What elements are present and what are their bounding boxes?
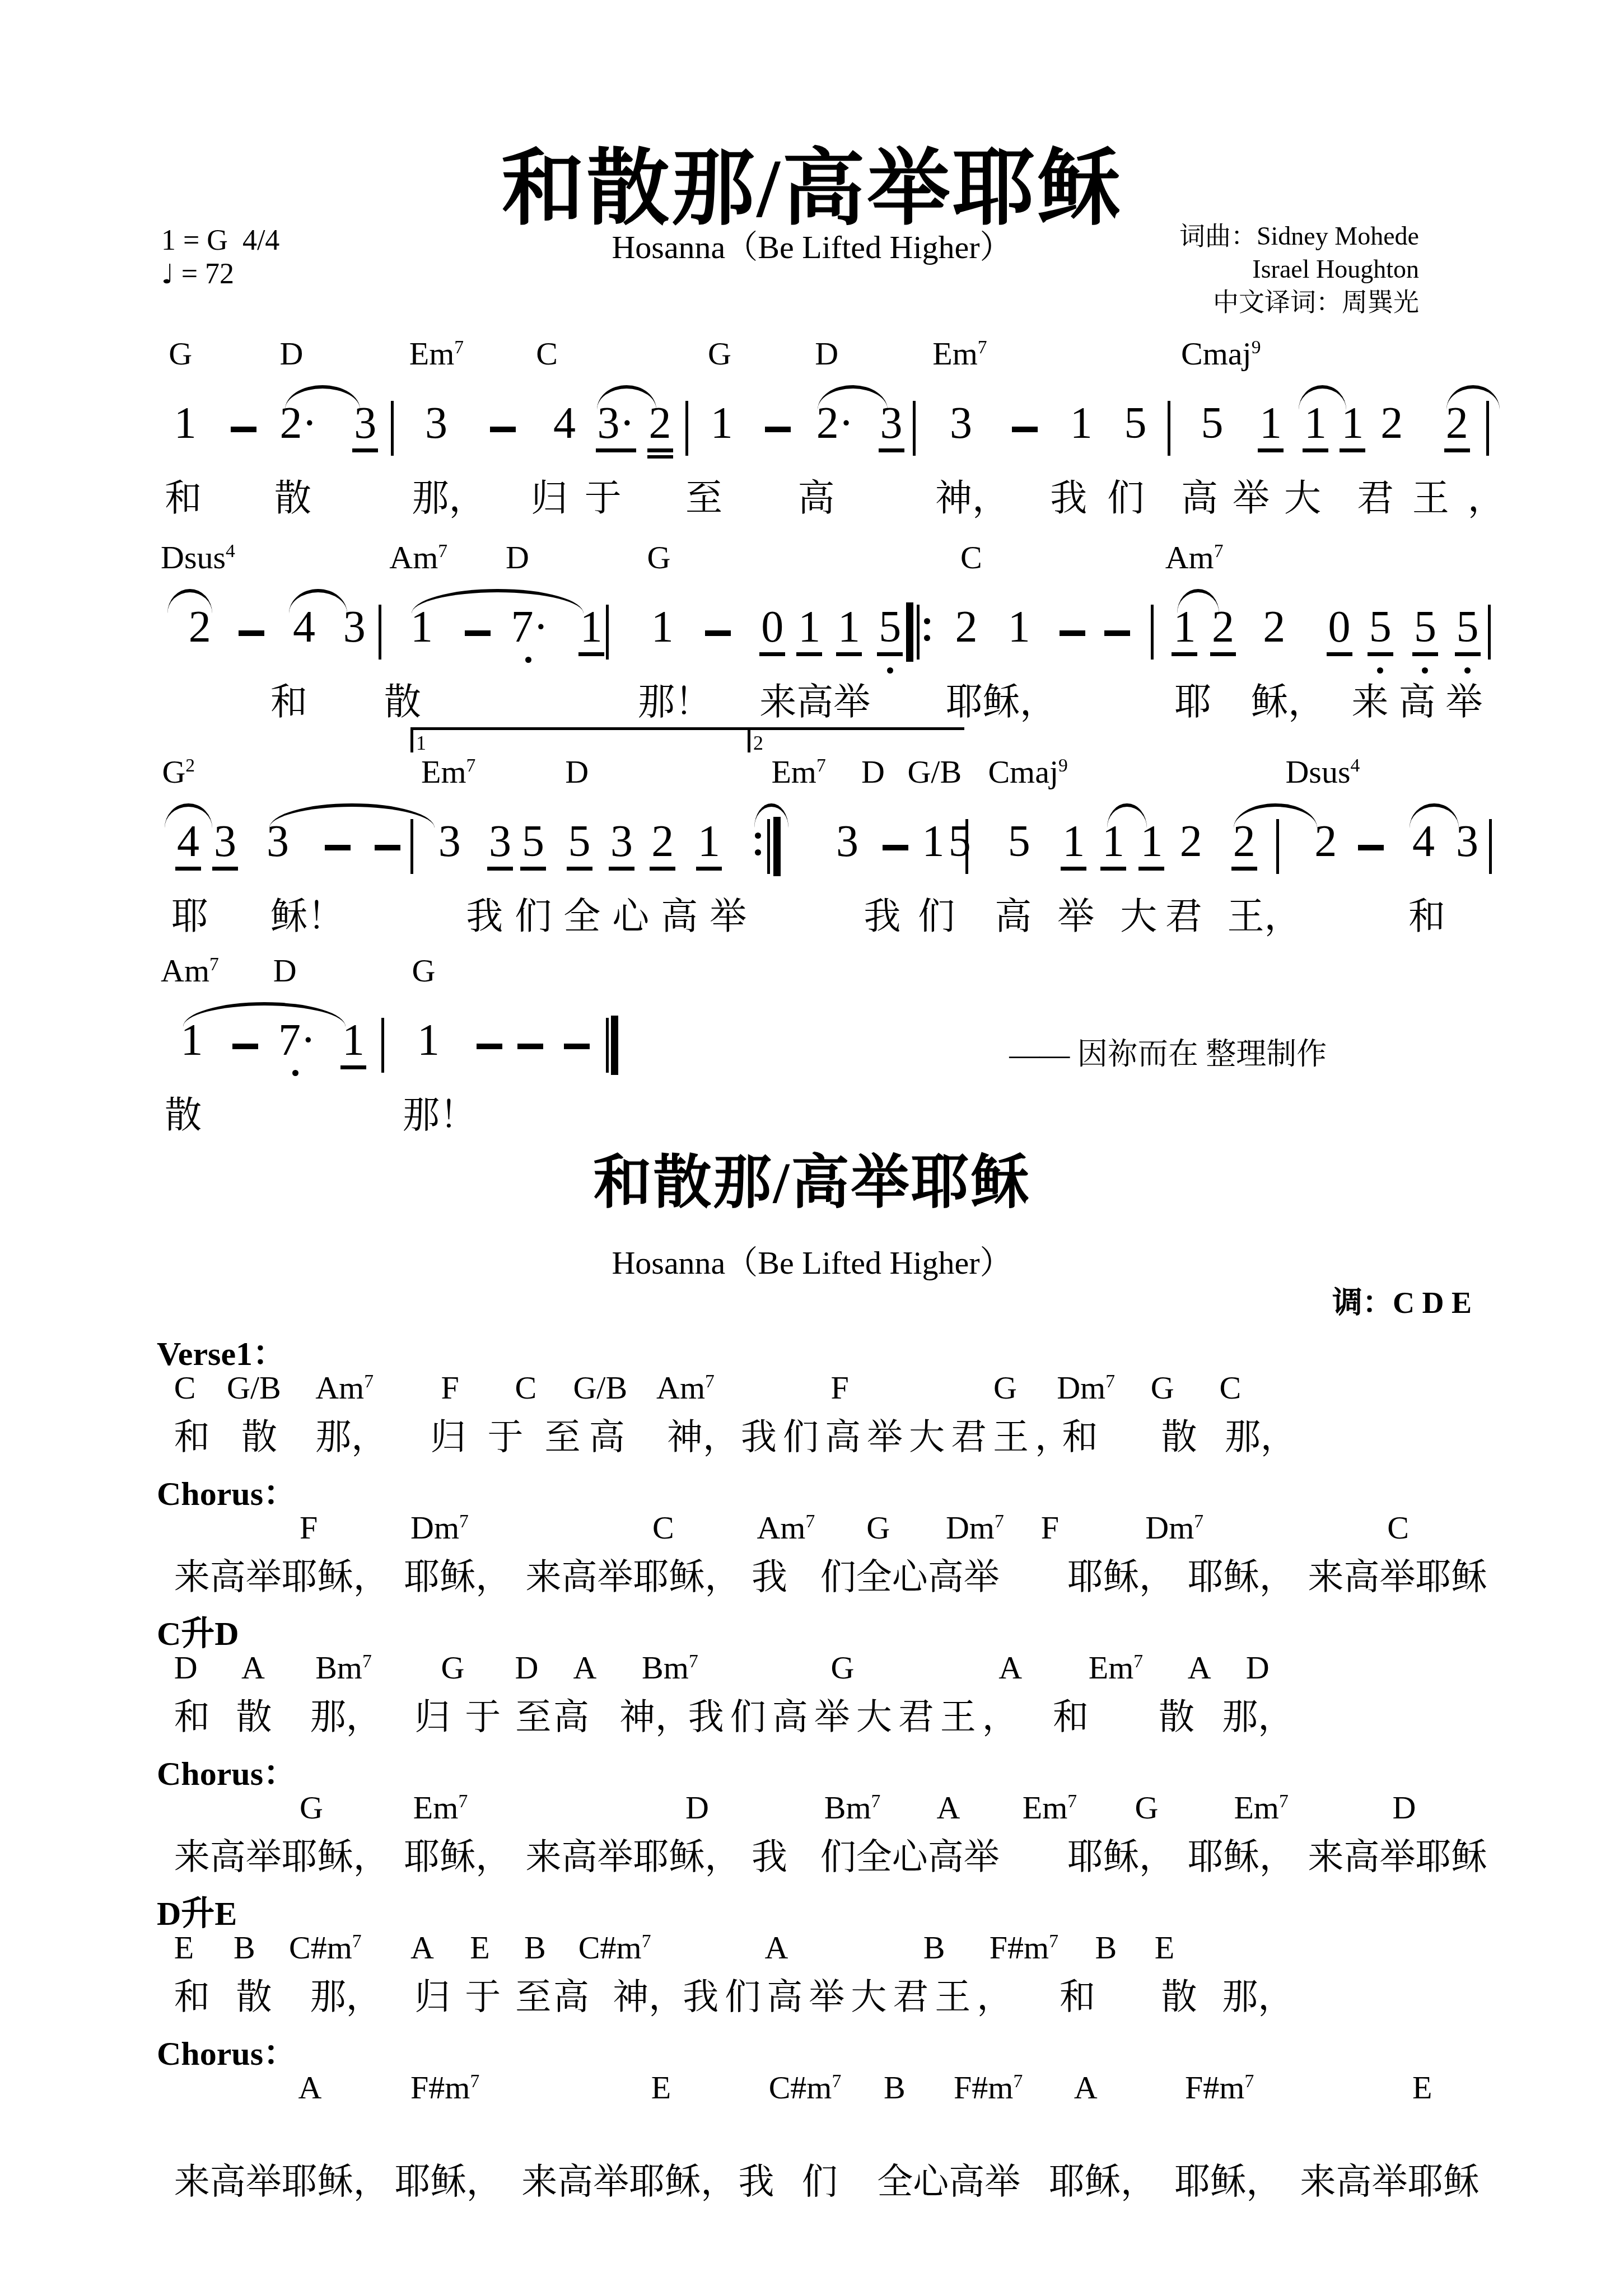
barline	[1276, 819, 1279, 874]
dash-token	[231, 427, 256, 432]
chord-label: Dm7	[1145, 1509, 1203, 1546]
note-token: 3	[267, 819, 289, 864]
lyric-syllable: 耶稣，	[404, 1828, 511, 1879]
chord-label: Em7	[413, 1789, 468, 1826]
note-token: 5	[567, 819, 592, 871]
lyric-syllable: 高	[798, 468, 835, 521]
tie-arc	[183, 1002, 346, 1027]
note-token: 2·	[279, 401, 317, 446]
lyric-syllable: 耶稣，	[1049, 2153, 1156, 2204]
lyric-syllable: 稣！	[270, 886, 344, 939]
chord-label: D	[1393, 1789, 1416, 1826]
lyric-syllable: 君	[1165, 886, 1202, 939]
chord-label: G2	[162, 753, 195, 791]
note-token: 1	[1138, 819, 1164, 871]
tie-arc	[412, 589, 584, 614]
notes-row: 17·11—— 因祢而在 整理制作	[157, 1018, 1478, 1091]
note-token: 4	[293, 605, 315, 649]
note-token: 3	[879, 401, 904, 452]
note-token: 1	[796, 605, 822, 656]
chord-label: Am7	[757, 1509, 815, 1546]
chord-label: Bm7	[642, 1649, 698, 1686]
barline	[606, 605, 609, 660]
transpose-keys-label: 调：C D E	[1332, 1279, 1472, 1322]
lyric-syllable: 来高举耶稣	[1300, 2153, 1479, 2204]
chord-label: A	[410, 1929, 434, 1966]
note-token: 2	[1444, 401, 1470, 452]
lyric-syllable: 归于至	[431, 1408, 602, 1460]
chord-label: A	[998, 1649, 1022, 1686]
note-token: 1	[711, 401, 733, 446]
lyric-syllable: 那，	[1222, 1968, 1294, 2019]
note-token: 1	[340, 1018, 366, 1069]
chord-label: A	[573, 1649, 596, 1686]
lyric-syllable: 和	[1408, 886, 1445, 939]
repeat-end-barline	[767, 819, 770, 874]
chord-label: G	[647, 539, 671, 576]
chord-label: C	[515, 1369, 537, 1406]
volta-bracket: 1	[410, 727, 749, 752]
barline	[1488, 605, 1491, 660]
lyric-syllable: 那！	[403, 1085, 477, 1138]
lyric-syllable: 来高举耶稣，	[525, 1828, 740, 1879]
chord-label: A	[765, 1929, 788, 1966]
barline	[1168, 401, 1170, 456]
chord-row: AF#m7EC#m7BF#m7AF#m7E	[157, 2069, 1478, 2119]
chord-label: B	[884, 2069, 906, 2106]
lyric-syllable: 和	[270, 672, 307, 725]
dash-token	[325, 845, 351, 850]
lyric-syllable: 散	[236, 1968, 272, 2019]
chord-label: Am7	[656, 1369, 715, 1406]
barline	[913, 401, 916, 456]
chord-label: F#m7	[410, 2069, 479, 2106]
note-token: 5	[1008, 819, 1030, 864]
note-token: 3	[425, 401, 447, 446]
lyric-syllable: 来高举耶稣	[1308, 1548, 1487, 1600]
chord-label: D	[1246, 1649, 1270, 1686]
dash-token	[465, 630, 491, 636]
chord-label: F	[441, 1369, 459, 1406]
chord-label: C	[536, 335, 558, 372]
note-token: 1	[1172, 605, 1197, 656]
lyrics-row: 和散那，归于至高神，我们高举大君王，和散那，	[157, 1968, 1478, 2018]
dash-token	[232, 1044, 258, 1049]
lyric-syllable: 全心高举	[877, 2153, 1020, 2204]
note-token: 3	[438, 819, 461, 864]
lyric-syllable: 来高举耶稣	[1308, 1828, 1487, 1879]
note-token: 2	[1210, 605, 1236, 656]
note-token: 5	[877, 605, 903, 656]
credit-translator: 中文译词：周巽光	[1179, 286, 1419, 319]
chord-label: F#m7	[954, 2069, 1023, 2106]
lyrics-row: 和散那，归于至高神，我们高举大君王，和散那，	[157, 1688, 1478, 1738]
lyric-syllable: 散	[165, 1085, 202, 1138]
chord-label: B	[234, 1929, 255, 1966]
repeat-begin-barline	[917, 605, 920, 660]
note-token: 5	[1412, 605, 1438, 656]
chord-label: Em7	[421, 753, 475, 791]
note-token: 1	[1100, 819, 1126, 871]
lyric-syllable: 我	[738, 2153, 774, 2204]
lyric-syllable: 至	[685, 468, 722, 521]
chord-label: D	[506, 539, 529, 576]
lyrics-row: 和散那！来高举耶稣，耶稣，来高举	[157, 672, 1478, 722]
section-label: Chorus：	[157, 1747, 297, 1795]
note-token: 3	[1456, 819, 1478, 864]
credit-composer: 词曲：Sidney Mohede	[1179, 219, 1419, 252]
dash-token	[477, 1044, 502, 1049]
section2-subtitle: Hosanna（Be Lifted Higher）	[0, 1236, 1624, 1283]
lyric-syllable: 来高举耶稣，	[174, 1828, 389, 1879]
chord-label: C	[1219, 1369, 1241, 1406]
chord-label: C	[960, 539, 982, 576]
chord-label: C	[174, 1369, 196, 1406]
note-token: 2	[647, 401, 673, 452]
credit-composer2: Israel Houghton	[1179, 252, 1419, 286]
barline	[685, 401, 688, 456]
lyric-syllable: 散	[241, 1408, 277, 1460]
section-label: C升D	[157, 1607, 239, 1655]
lyric-syllable: 散	[1159, 1688, 1194, 1739]
note-token: 1	[180, 1018, 203, 1063]
lyric-syllable: 和	[1053, 1688, 1089, 1739]
final-barline	[606, 1018, 609, 1073]
chord-label: G/B	[907, 753, 962, 791]
lyric-syllable: 王，	[1228, 886, 1301, 939]
chord-label: C	[1387, 1509, 1409, 1546]
lyric-syllable: 和	[174, 1408, 210, 1460]
chord-label: E	[651, 2069, 671, 2106]
note-token: 1	[1008, 605, 1030, 649]
lyric-syllable: 我们高举大君王，	[683, 1968, 1019, 2019]
note-token: 1	[410, 605, 433, 649]
lyric-syllable: 我们高举大君王，	[688, 1688, 1024, 1739]
lyric-syllable: 高举大	[995, 886, 1183, 939]
lyric-syllable: 和	[165, 468, 202, 521]
note-token: 0	[1327, 605, 1352, 656]
chord-label: Bm7	[824, 1789, 881, 1826]
lyric-syllable: 那！	[638, 672, 712, 725]
note-token: 1	[922, 819, 944, 864]
note-token: 1	[651, 605, 674, 649]
lyric-syllable: 散	[384, 672, 421, 725]
lyric-syllable: 散	[1161, 1968, 1197, 2019]
volta-number: 1	[416, 731, 426, 755]
note-token: 1	[1303, 401, 1328, 452]
chord-label: Dsus4	[161, 539, 235, 576]
chord-label: Am7	[1165, 539, 1224, 576]
chord-label: E	[470, 1929, 489, 1966]
lyric-syllable: 神，	[613, 1968, 684, 2019]
lyric-syllable: 来高举	[1351, 672, 1492, 725]
quarter-note-icon: ♩	[161, 259, 174, 290]
section-label: D升E	[157, 1887, 237, 1935]
lyric-syllable: 耶稣，	[1067, 1828, 1175, 1879]
volta-bracket: 2	[748, 727, 964, 752]
lyric-syllable: 散	[274, 468, 311, 521]
note-token: 2	[1314, 819, 1337, 864]
chord-label: Bm7	[315, 1649, 372, 1686]
dash-token	[883, 845, 908, 850]
lyric-syllable: 耶稣，	[395, 2153, 502, 2204]
chord-label: D	[861, 753, 885, 791]
note-token: 2	[1231, 819, 1257, 871]
chord-label: B	[923, 1929, 945, 1966]
section-label: Chorus：	[157, 2027, 297, 2075]
note-token: 5	[1124, 401, 1147, 446]
lyric-syllable: 高	[589, 1408, 625, 1460]
dash-token	[375, 845, 400, 850]
tie-arc	[754, 803, 788, 828]
chord-label: Cmaj9	[1181, 335, 1261, 372]
lyric-syllable: 我们	[1050, 468, 1164, 521]
note-token: 2	[1380, 401, 1403, 446]
note-token: 2	[1263, 605, 1285, 649]
key-signature: 1 = G 4/4	[161, 224, 279, 257]
lyric-syllable: 们全心高举	[820, 1548, 1000, 1600]
chord-label: A	[1188, 1649, 1211, 1686]
lyric-syllable: 耶稣，	[404, 1548, 511, 1600]
chord-label: D	[815, 335, 838, 372]
note-token: 3	[487, 819, 513, 871]
lyric-syllable: 那，	[310, 1688, 382, 1739]
lyric-syllable: 耶稣，	[946, 672, 1057, 725]
chord-label: F	[300, 1509, 318, 1546]
chord-label: Em7	[771, 753, 825, 791]
note-token: 1	[1258, 401, 1284, 452]
notes-row: 4333355321315511122243	[157, 819, 1478, 892]
barline	[965, 819, 968, 874]
lyric-syllable: 和	[1062, 1408, 1098, 1460]
barline	[391, 401, 394, 456]
note-token: 0	[759, 605, 785, 656]
chord-label: F#m7	[1185, 2069, 1254, 2106]
note-token: 1	[836, 605, 862, 656]
chord-label: A	[298, 2069, 322, 2106]
chord-label: G	[441, 1649, 464, 1686]
note-token: 4	[175, 819, 201, 871]
chord-row: Dsus4Am7DGCAm7	[157, 539, 1478, 583]
chord-label: Am7	[161, 952, 219, 989]
chord-label: Dm7	[1057, 1369, 1115, 1406]
chord-label: E	[1412, 2069, 1432, 2106]
chord-label: Cmaj9	[988, 753, 1067, 791]
lyric-syllable: 神，	[619, 1688, 691, 1739]
lyric-syllable: 耶稣，	[1188, 1828, 1295, 1879]
note-token: 1	[1061, 819, 1086, 871]
chord-label: Em7	[1089, 1649, 1143, 1686]
chord-label: B	[524, 1929, 546, 1966]
note-token: 2	[189, 605, 211, 649]
note-token: 1	[1340, 401, 1365, 452]
note-token: 3	[343, 605, 366, 649]
notes-row: 12·3343·212·3315511122	[157, 401, 1478, 474]
chord-label: C#m7	[578, 1929, 651, 1966]
tempo-marking: ♩ = 72	[161, 258, 234, 291]
tie-arc	[269, 803, 435, 828]
dash-token	[564, 1044, 590, 1049]
note-token: 3	[950, 401, 972, 446]
note-token: 2	[955, 605, 977, 649]
dash-token	[1060, 630, 1085, 636]
chord-label: G	[993, 1369, 1017, 1406]
lyrics-row: 来高举耶稣，耶稣，来高举耶稣，我们全心高举耶稣，耶稣，来高举耶稣	[157, 1828, 1478, 1878]
chord-label: D	[279, 335, 303, 372]
note-token: 3	[352, 401, 378, 452]
chord-label: Dm7	[946, 1509, 1004, 1546]
lyric-syllable: 君王，	[1357, 468, 1523, 521]
note-token: 2·	[816, 401, 854, 446]
chord-label: D	[515, 1649, 539, 1686]
note-token: 1	[578, 605, 604, 656]
note-token: 3	[609, 819, 634, 871]
lyric-syllable: 耶稣，	[1188, 1548, 1295, 1600]
lyric-syllable: 稣，	[1251, 672, 1325, 725]
chord-label: Am7	[389, 539, 447, 576]
note-token: 1	[417, 1018, 440, 1063]
chord-label: C#m7	[769, 2069, 842, 2106]
lyric-syllable: 们全心高举	[820, 1828, 1000, 1879]
lyric-syllable: 神，	[667, 1408, 739, 1460]
chord-label: G	[1151, 1369, 1174, 1406]
chord-label: G/B	[227, 1369, 281, 1406]
lyric-syllable: 神，	[935, 468, 1009, 521]
chord-label: G	[866, 1509, 890, 1546]
chord-label: A	[936, 1789, 960, 1826]
note-token: 7·	[511, 605, 548, 649]
lyrics-row: 和散那，归于至高神，我们高举大君王，	[157, 468, 1478, 518]
lyric-syllable: 高	[553, 1968, 589, 2019]
section2-title: 和散那/高举耶稣	[0, 1135, 1624, 1219]
arranger-credit: —— 因祢而在 整理制作	[1009, 1030, 1327, 1073]
section-label: Chorus：	[157, 1467, 297, 1515]
note-token: 5	[1201, 401, 1223, 446]
chord-label: E	[1155, 1929, 1174, 1966]
chord-label: D	[565, 753, 589, 791]
note-token: 1	[174, 401, 197, 446]
lyric-syllable: 来高举耶稣，	[174, 1548, 389, 1600]
chord-label: G	[708, 335, 731, 372]
note-token: 5	[1455, 605, 1481, 656]
chord-label: F#m7	[990, 1929, 1058, 1966]
lyric-syllable: 耶稣，	[1067, 1548, 1175, 1600]
note-token: 7·	[278, 1018, 316, 1063]
lyric-syllable: 那，	[1222, 1688, 1294, 1739]
lyric-syllable: 和	[1060, 1968, 1095, 2019]
lyric-syllable: 我们高举大君王，	[741, 1408, 1077, 1460]
lyric-syllable: 那，	[310, 1968, 382, 2019]
chord-label: F	[831, 1369, 849, 1406]
lyric-syllable: 们	[918, 886, 955, 939]
barline	[1151, 605, 1154, 660]
chord-row: Am7DG	[157, 952, 1478, 997]
chord-label: C#m7	[289, 1929, 362, 1966]
lyric-syllable: 我	[752, 1828, 787, 1879]
sheet-music-page: 和散那/高举耶稣 Hosanna（Be Lifted Higher） 1 = G…	[0, 0, 1624, 2296]
lyric-syllable: 来高举耶稣，	[525, 1548, 740, 1600]
lyric-syllable: 归于至	[414, 1688, 566, 1739]
note-token: 2	[1180, 819, 1202, 864]
lyrics-row: 耶稣！我们全心高举我们高举大君王，和	[157, 886, 1478, 937]
dash-token	[1012, 427, 1038, 432]
volta-number: 2	[753, 731, 763, 755]
dash-token	[705, 630, 731, 636]
note-token: 1	[1070, 401, 1093, 446]
lyric-syllable: 耶	[1174, 672, 1211, 725]
lyric-syllable: 耶稣，	[1174, 2153, 1282, 2204]
dash-token	[517, 1044, 543, 1049]
lyric-syllable: 散	[236, 1688, 272, 1739]
lyric-syllable: 来高举	[759, 672, 870, 725]
lyric-syllable: 那，	[1225, 1408, 1296, 1460]
note-token: 2	[650, 819, 675, 871]
chord-label: G	[1135, 1789, 1158, 1826]
section-label: Verse1：	[157, 1327, 286, 1375]
credits-block: 词曲：Sidney Mohede Israel Houghton 中文译词：周巽…	[1179, 219, 1419, 319]
chord-label: C	[652, 1509, 674, 1546]
barline	[410, 819, 413, 874]
chord-row: GDEm7CGDEm7Cmaj9	[157, 335, 1478, 380]
lyric-syllable: 那，	[412, 468, 486, 521]
chord-label: B	[1095, 1929, 1117, 1966]
chord-label: G	[831, 1649, 855, 1686]
chord-label: G/B	[573, 1369, 627, 1406]
chord-label: D	[273, 952, 297, 989]
chord-label: Em7	[1023, 1789, 1077, 1826]
dash-token	[490, 427, 516, 432]
chord-label: E	[174, 1929, 194, 1966]
note-token: 3	[212, 819, 238, 871]
lyric-syllable: 那，	[315, 1408, 387, 1460]
dash-token	[1104, 630, 1130, 636]
dash-token	[239, 630, 264, 636]
chord-label: Dsus4	[1285, 753, 1360, 791]
chord-label: A	[241, 1649, 265, 1686]
lyric-syllable: 和	[174, 1968, 210, 2019]
note-token: 4	[1412, 819, 1435, 864]
lyrics-row: 和散那，归于至高神，我们高举大君王，和散那，	[157, 1408, 1478, 1458]
note-token: 5	[520, 819, 546, 871]
tempo-value: = 72	[174, 258, 234, 290]
lyric-syllable: 来高举耶稣，	[521, 2153, 736, 2204]
note-token: 5	[1368, 605, 1393, 656]
barline	[1486, 401, 1489, 456]
barline	[1489, 819, 1492, 874]
lyric-syllable: 耶	[171, 886, 208, 939]
note-token: 3	[836, 819, 858, 864]
chord-row: 12G2Em7DEm7DG/BCmaj9Dsus4	[157, 753, 1478, 798]
chord-label: F	[1041, 1509, 1059, 1546]
lyric-syllable: 高举大	[1181, 468, 1336, 521]
barline	[379, 605, 381, 660]
notes-row: 24317·110115211220555	[157, 605, 1478, 677]
lyric-syllable: 我	[752, 1548, 787, 1600]
chord-label: D	[174, 1649, 198, 1686]
lyric-syllable: 我们全心高举	[466, 886, 758, 939]
lyric-syllable: 归于至	[414, 1968, 566, 2019]
chord-label: Em7	[932, 335, 987, 372]
lyric-syllable: 散	[1161, 1408, 1197, 1460]
chord-label: D	[685, 1789, 709, 1826]
dash-token	[1358, 845, 1384, 850]
chord-label: G	[412, 952, 435, 989]
lyrics-row: 散那！	[157, 1085, 1478, 1135]
note-token: 1	[696, 819, 722, 871]
chord-label: G	[300, 1789, 323, 1826]
lyrics-row: 来高举耶稣，耶稣，来高举耶稣，我们全心高举耶稣，耶稣，来高举耶稣	[157, 1548, 1478, 1598]
dash-token	[765, 427, 791, 432]
